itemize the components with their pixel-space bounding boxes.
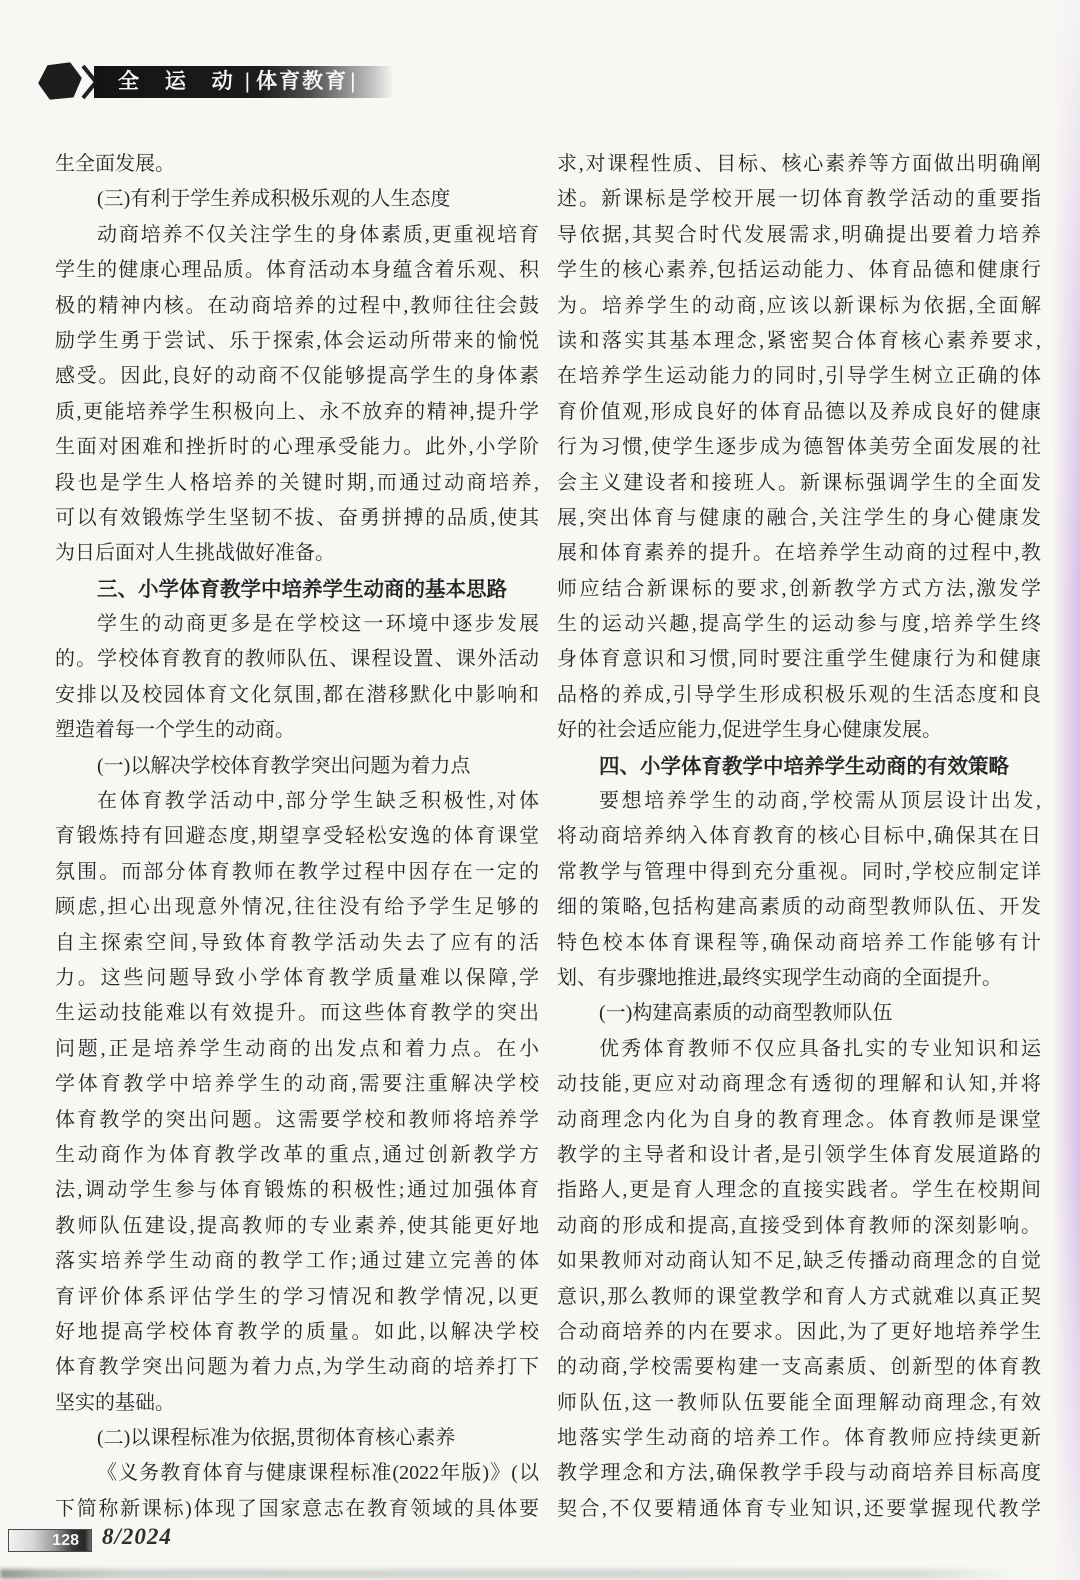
section-title: 体育教育 xyxy=(256,70,348,93)
text-line: 质,更能培养学生积极向上、永不放弃的精神,提升学 xyxy=(55,395,539,430)
text-line: 导依据,其契合时代发展需求,明确提出要着力培养 xyxy=(557,218,1041,253)
text-line: (三)有利于学生养成积极乐观的人生态度 xyxy=(55,182,539,217)
text-line: 的动商,学校需要构建一支高素质、创新型的体育教 xyxy=(557,1350,1041,1385)
text-line: 常教学与管理中得到充分重视。同时,学校应制定详 xyxy=(557,855,1041,890)
text-line: 学生的动商更多是在学校这一环境中逐步发展 xyxy=(55,607,539,642)
text-line: 行为习惯,使学生逐步成为德智体美劳全面发展的社 xyxy=(557,430,1041,465)
scan-edge-right xyxy=(1052,0,1080,1580)
text-line: 法,调动学生参与体育锻炼的积极性;通过加强体育 xyxy=(55,1173,539,1208)
text-line: 生动商作为体育教学改革的重点,通过创新教学方 xyxy=(55,1138,539,1173)
text-line: 好地提高学校体育教学的质量。如此,以解决学校 xyxy=(55,1315,539,1350)
issue-number: 8/2024 xyxy=(102,1524,172,1550)
text-line: 展,突出体育与健康的融合,关注学生的身心健康发 xyxy=(557,501,1041,536)
header-title-bar: 全 运 动|体育教育| xyxy=(94,66,394,98)
text-line: 《义务教育体育与健康课程标准(2022年版)》(以 xyxy=(55,1456,539,1491)
text-line: 述。新课标是学校开展一切体育教学活动的重要指 xyxy=(557,182,1041,217)
text-line: 教学理念和方法,确保教学手段与动商培养目标高度 xyxy=(557,1456,1041,1491)
article-column-right: 求,对课程性质、目标、核心素养等方面做出明确阐述。新课标是学校开展一切体育教学活… xyxy=(557,147,1041,1527)
text-line: 动商培养不仅关注学生的身体素质,更重视培育 xyxy=(55,218,539,253)
text-line: 要想培养学生的动商,学校需从顶层设计出发, xyxy=(557,784,1041,819)
text-line: (一)构建高素质的动商型教师队伍 xyxy=(557,996,1041,1031)
text-line: 合动商培养的内在要求。因此,为了更好地培养学生 xyxy=(557,1315,1041,1350)
text-line: 会主义建设者和接班人。新课标强调学生的全面发 xyxy=(557,466,1041,501)
text-line: (一)以解决学校体育教学突出问题为着力点 xyxy=(55,749,539,784)
text-line: 坚实的基础。 xyxy=(55,1386,539,1421)
text-line: 在培养学生运动能力的同时,引导学生树立正确的体 xyxy=(557,359,1041,394)
text-line: 将动商培养纳入体育教育的核心目标中,确保其在日 xyxy=(557,819,1041,854)
text-line: 细的策略,包括构建高素质的动商型教师队伍、开发 xyxy=(557,890,1041,925)
text-line: 划、有步骤地推进,最终实现学生动商的全面提升。 xyxy=(557,961,1041,996)
article-column-left: 生全面发展。(三)有利于学生养成积极乐观的人生态度动商培养不仅关注学生的身体素质… xyxy=(55,147,539,1527)
text-line: 学生的核心素养,包括运动能力、体育品德和健康行 xyxy=(557,253,1041,288)
text-line: 为。培养学生的动商,应该以新课标为依据,全面解 xyxy=(557,289,1041,324)
text-line: 地落实学生动商的培养工作。体育教师应持续更新 xyxy=(557,1421,1041,1456)
text-line: 优秀体育教师不仅应具备扎实的专业知识和运 xyxy=(557,1032,1041,1067)
section-heading: 三、小学体育教学中培养学生动商的基本思路 xyxy=(55,572,539,607)
text-line: 教师队伍建设,提高教师的专业素养,使其能更好地 xyxy=(55,1209,539,1244)
text-line: 特色校本体育课程等,确保动商培养工作能够有计 xyxy=(557,926,1041,961)
section-heading: 四、小学体育教学中培养学生动商的有效策略 xyxy=(557,749,1041,784)
text-line: 身体育意识和习惯,同时要注重学生健康行为和健康 xyxy=(557,642,1041,677)
text-line: 师队伍,这一教师队伍要能全面理解动商理念,有效 xyxy=(557,1386,1041,1421)
text-line: 好的社会适应能力,促进学生身心健康发展。 xyxy=(557,713,1041,748)
text-line: 段也是学生人格培养的关键时期,而通过动商培养, xyxy=(55,466,539,501)
text-line: 生的运动兴趣,提高学生的运动参与度,培养学生终 xyxy=(557,607,1041,642)
magazine-brand: 全 运 动 xyxy=(118,70,243,93)
text-line: 师应结合新课标的要求,创新教学方式方法,激发学 xyxy=(557,572,1041,607)
text-line: 展和体育素养的提升。在培养学生动商的过程中,教 xyxy=(557,536,1041,571)
hexagon-icon xyxy=(37,62,83,101)
text-line: 体育教学突出问题为着力点,为学生动商的培养打下 xyxy=(55,1350,539,1385)
magazine-page: 全 运 动|体育教育| 生全面发展。(三)有利于学生养成积极乐观的人生态度动商培… xyxy=(0,0,1080,1580)
text-line: 动商的形成和提高,直接受到体育教师的深刻影响。 xyxy=(557,1209,1041,1244)
text-line: 动商理念内化为自身的教育理念。体育教师是课堂 xyxy=(557,1103,1041,1138)
text-line: 顾虑,担心出现意外情况,往往没有给予学生足够的 xyxy=(55,890,539,925)
text-line: 动技能,更应对动商理念有透彻的理解和认知,并将 xyxy=(557,1067,1041,1102)
text-line: 育价值观,形成良好的体育品德以及养成良好的健康 xyxy=(557,395,1041,430)
text-line: 力。这些问题导致小学体育教学质量难以保障,学 xyxy=(55,961,539,996)
title-divider-2: | xyxy=(350,70,355,93)
text-line: 自主探索空间,导致体育教学活动失去了应有的活 xyxy=(55,926,539,961)
page-number-box: 128 xyxy=(8,1529,92,1552)
text-line: 学体育教学中培养学生的动商,需要注重解决学校 xyxy=(55,1067,539,1102)
text-line: 育锻炼持有回避态度,期望享受轻松安逸的体育课堂 xyxy=(55,819,539,854)
text-line: (二)以课程标准为依据,贯彻体育核心素养 xyxy=(55,1421,539,1456)
title-divider: | xyxy=(245,70,250,93)
text-line: 育评价体系评估学生的学习情况和教学情况,以更 xyxy=(55,1280,539,1315)
text-line: 生全面发展。 xyxy=(55,147,539,182)
text-line: 为日后面对人生挑战做好准备。 xyxy=(55,536,539,571)
text-line: 感受。因此,良好的动商不仅能够提高学生的身体素 xyxy=(55,359,539,394)
text-line: 生面对困难和挫折时的心理承受能力。此外,小学阶 xyxy=(55,430,539,465)
text-line: 指路人,更是育人理念的直接实践者。学生在校期间 xyxy=(557,1173,1041,1208)
text-line: 极的精神内核。在动商培养的过程中,教师往往会鼓 xyxy=(55,289,539,324)
text-line: 落实培养学生动商的教学工作;通过建立完善的体 xyxy=(55,1244,539,1279)
text-line: 求,对课程性质、目标、核心素养等方面做出明确阐 xyxy=(557,147,1041,182)
text-line: 问题,正是培养学生动商的出发点和着力点。在小 xyxy=(55,1032,539,1067)
text-line: 如果教师对动商认知不足,缺乏传播动商理念的自觉 xyxy=(557,1244,1041,1279)
text-line: 可以有效锻炼学生坚韧不拔、奋勇拼搏的品质,使其 xyxy=(55,501,539,536)
scan-edge-bottom xyxy=(0,1569,1015,1579)
text-line: 下简称新课标)体现了国家意志在教育领域的具体要 xyxy=(55,1492,539,1527)
text-line: 契合,不仅要精通体育专业知识,还要掌握现代教学 xyxy=(557,1492,1041,1527)
page-number: 128 xyxy=(9,1530,91,1551)
text-line: 氛围。而部分体育教师在教学过程中因存在一定的 xyxy=(55,855,539,890)
text-line: 意识,那么教师的课堂教学和育人方式就难以真正契 xyxy=(557,1280,1041,1315)
text-line: 安排以及校园体育文化氛围,都在潜移默化中影响和 xyxy=(55,678,539,713)
text-line: 读和落实其基本理念,紧密契合体育核心素养要求, xyxy=(557,324,1041,359)
text-line: 塑造着每一个学生的动商。 xyxy=(55,713,539,748)
text-line: 生运动技能难以有效提升。而这些体育教学的突出 xyxy=(55,996,539,1031)
text-line: 教学的主导者和设计者,是引领学生体育发展道路的 xyxy=(557,1138,1041,1173)
header-banner: 全 运 动|体育教育| xyxy=(38,60,458,102)
text-line: 学生的健康心理品质。体育活动本身蕴含着乐观、积 xyxy=(55,253,539,288)
text-line: 励学生勇于尝试、乐于探索,体会运动所带来的愉悦 xyxy=(55,324,539,359)
text-line: 品格的养成,引导学生形成积极乐观的生活态度和良 xyxy=(557,678,1041,713)
text-line: 体育教学的突出问题。这需要学校和教师将培养学 xyxy=(55,1103,539,1138)
text-line: 的。学校体育教育的教师队伍、课程设置、课外活动 xyxy=(55,642,539,677)
text-line: 在体育教学活动中,部分学生缺乏积极性,对体 xyxy=(55,784,539,819)
